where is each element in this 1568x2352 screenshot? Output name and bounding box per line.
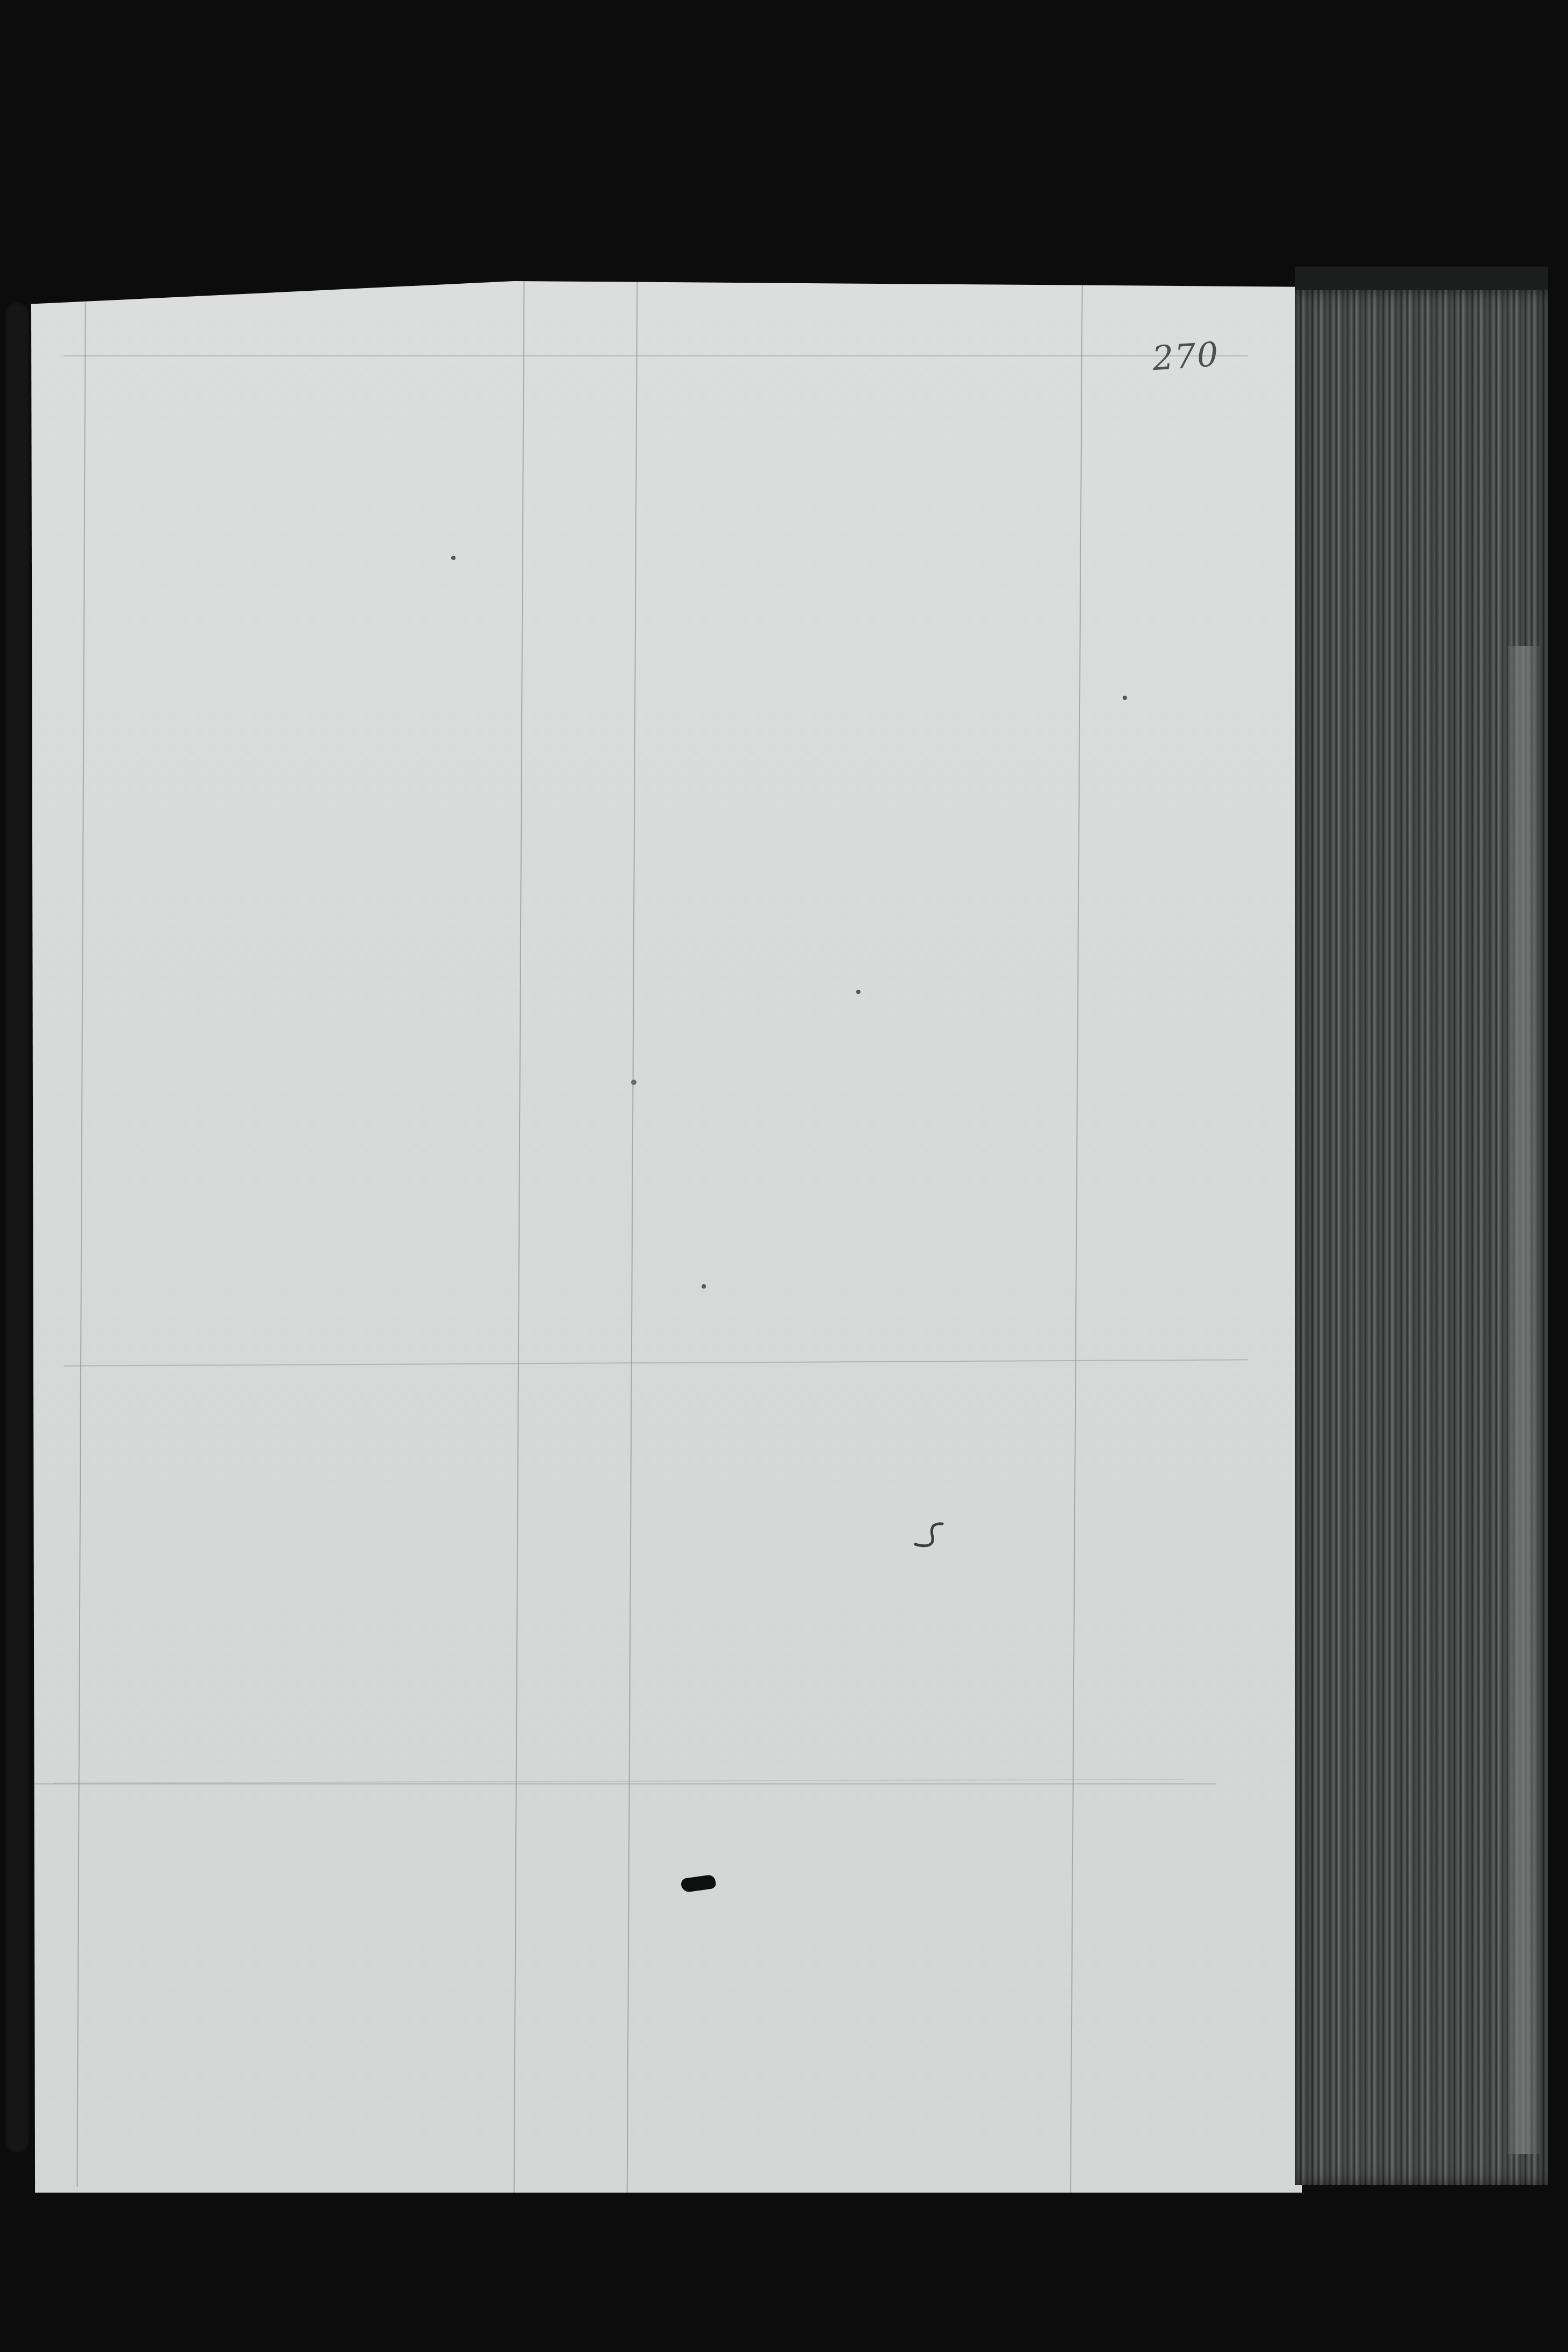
fiber-mark (910, 1518, 953, 1556)
page-block-highlight (1508, 646, 1540, 2154)
paper-speck (1123, 696, 1127, 700)
page-number: 270 (1151, 334, 1221, 378)
row-rule-4 (31, 1783, 1216, 1784)
column-rule-3 (627, 281, 638, 2193)
paper-speck (631, 1080, 636, 1085)
row-rule-2 (64, 1359, 1248, 1367)
paper-speck (856, 990, 860, 994)
scanned-book-photo: 270 (0, 0, 1568, 2352)
paper-speck (451, 556, 456, 560)
left-cover-board (4, 302, 30, 2154)
paper-speck (702, 1284, 706, 1289)
column-rule-1 (76, 303, 86, 2187)
column-rule-4 (1070, 281, 1083, 2193)
column-rule-2 (514, 281, 525, 2193)
row-rule-1 (64, 355, 1248, 356)
ledger-page (31, 281, 1302, 2193)
